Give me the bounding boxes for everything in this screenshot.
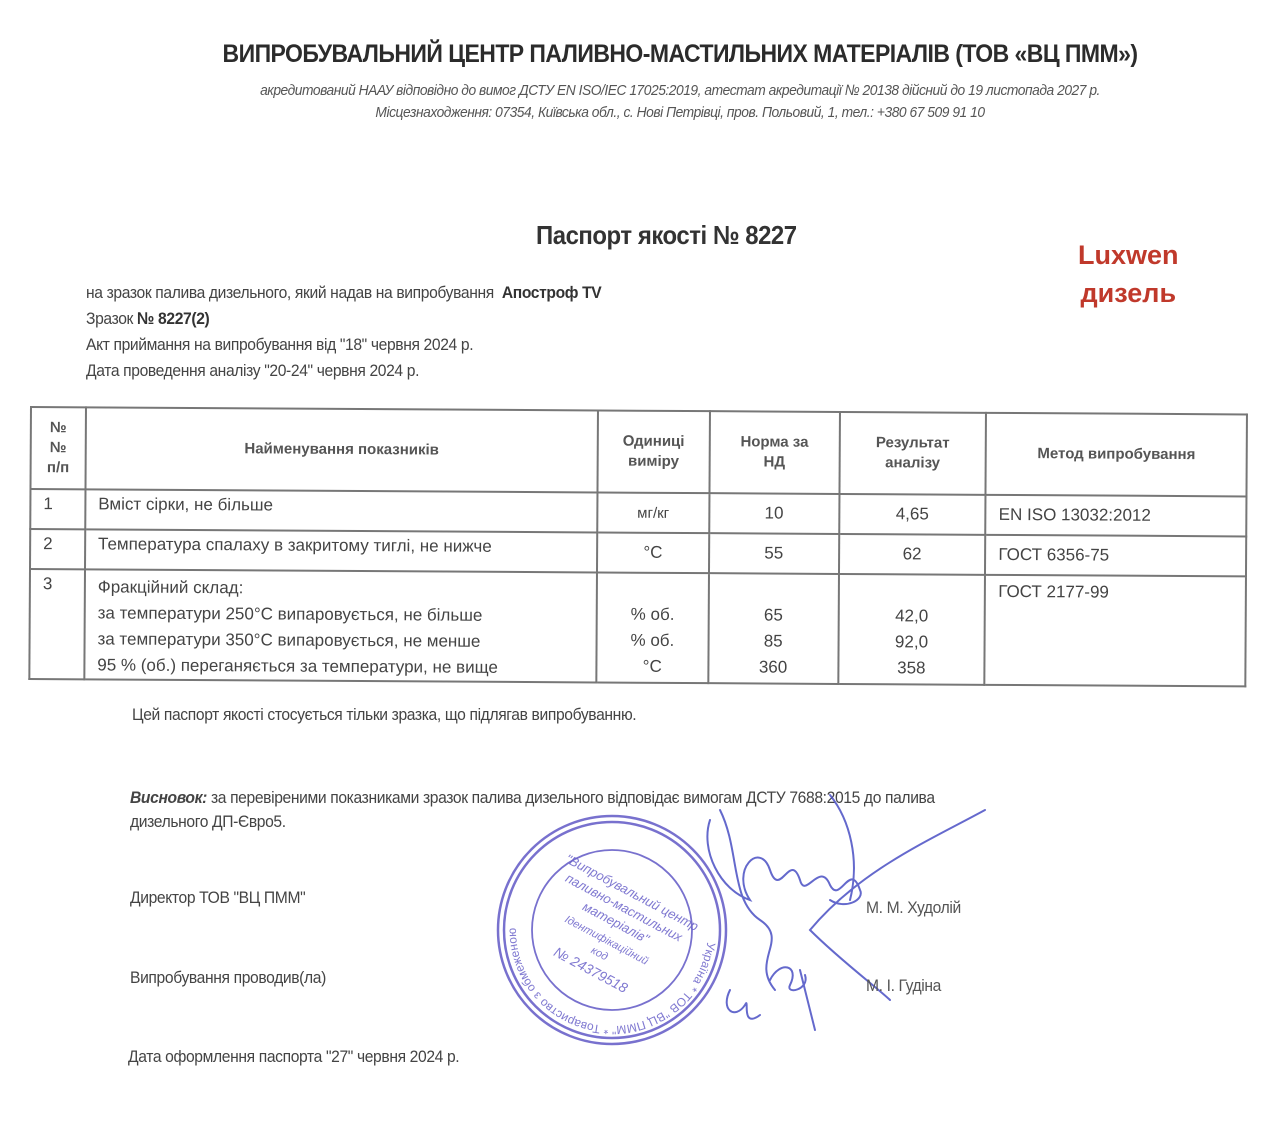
row-result: 42,0 92,0 358 (838, 574, 985, 685)
row-name-line: 95 % (об.) переганяється за температури,… (97, 652, 595, 681)
header-units: Одиниці виміру (597, 410, 709, 493)
row-method: EN ISO 13032:2012 (986, 495, 1247, 537)
norm-value: 85 (709, 628, 837, 655)
brand-line-2: дизель (1078, 274, 1179, 312)
units-value: % об. (597, 627, 707, 654)
tester-name: М. І. Гудіна (866, 976, 941, 996)
row-method: ГОСТ 2177-99 (985, 575, 1246, 687)
row-units: °С (597, 532, 709, 573)
row-name-line: Фракційний склад: (98, 574, 596, 603)
row-norm: 10 (709, 493, 839, 534)
row-name: Вміст сірки, не більше (85, 489, 597, 532)
brand-label: Luxwen дизель (1078, 236, 1179, 312)
accreditation-line: акредитований НААУ відповідно до вимог Д… (91, 82, 1269, 99)
header-no-line: № (32, 418, 85, 438)
table-row: 3 Фракційний склад: за температури 250°С… (29, 569, 1246, 686)
header-units-line: Одиниці (599, 431, 709, 452)
row-norm: 55 (709, 533, 839, 574)
issue-date: Дата оформлення паспорта "27" червня 202… (128, 1047, 459, 1067)
row-name: Фракційний склад: за температури 250°С в… (84, 569, 597, 682)
scope-note: Цей паспорт якості стосується тільки зра… (132, 705, 636, 725)
table-header-row: № № п/п Найменування показників Одиниці … (30, 407, 1246, 496)
row-no: 2 (30, 529, 85, 569)
organization-name: ВИПРОБУВАЛЬНИЙ ЦЕНТР ПАЛИВНО-МАСТИЛЬНИХ … (91, 40, 1269, 69)
conclusion-label: Висновок: (130, 788, 207, 807)
address-line: Місцезнаходження: 07354, Київська обл., … (91, 104, 1269, 121)
norm-value: 360 (709, 654, 837, 681)
header-norm-line: НД (710, 452, 838, 473)
client-name: Апостроф TV (502, 283, 602, 302)
header-method: Метод випробування (986, 413, 1247, 497)
analysis-date: Дата проведення аналізу "20-24" червня 2… (86, 358, 601, 384)
header-result-line: Результат (840, 433, 985, 454)
units-value: °С (597, 653, 707, 680)
header-result-line: аналізу (840, 453, 985, 474)
header-norm: Норма за НД (709, 411, 839, 494)
tester-label: Випробування проводив(ла) (130, 968, 326, 988)
sample-info: на зразок палива дизельного, який надав … (86, 280, 601, 384)
sample-label: Зразок (86, 309, 133, 328)
result-value: 358 (839, 655, 984, 682)
row-name: Температура спалаху в закритому тиглі, н… (85, 529, 597, 572)
sample-number-line: Зразок № 8227(2) (86, 306, 601, 332)
director-name: М. М. Худолій (866, 898, 961, 918)
row-no: 3 (29, 569, 85, 679)
norm-value: 65 (709, 602, 837, 629)
result-value: 42,0 (839, 603, 984, 630)
header-name: Найменування показників (85, 407, 597, 492)
acceptance-act: Акт приймання на випробування від "18" ч… (86, 332, 601, 358)
header-units-line: виміру (599, 451, 709, 472)
sample-client-line: на зразок палива дизельного, який надав … (86, 280, 601, 306)
row-units: % об. % об. °С (596, 572, 709, 683)
header-no-line: № (32, 438, 85, 458)
row-norm: 65 85 360 (708, 573, 838, 684)
row-no: 1 (30, 489, 85, 529)
units-value: % об. (598, 601, 708, 628)
brand-line-1: Luxwen (1078, 236, 1179, 274)
row-name-line: за температури 250°С випаровується, не б… (98, 600, 596, 629)
row-name-line: за температури 350°С випаровується, не м… (97, 626, 595, 655)
row-method: ГОСТ 6356-75 (985, 535, 1246, 577)
row-units: мг/кг (597, 492, 709, 533)
director-label: Директор ТОВ "ВЦ ПММ" (130, 888, 305, 908)
row-result: 4,65 (839, 494, 986, 535)
sample-number: № 8227(2) (137, 309, 209, 328)
document-title: Паспорт якості № 8227 (536, 220, 797, 251)
header-no: № № п/п (30, 407, 85, 489)
sample-description: на зразок палива дизельного, який надав … (86, 283, 494, 302)
header-result: Результат аналізу (839, 412, 986, 495)
results-table: № № п/п Найменування показників Одиниці … (28, 406, 1248, 687)
row-result: 62 (839, 534, 986, 575)
header-no-line: п/п (32, 458, 85, 478)
result-value: 92,0 (839, 629, 984, 656)
header-norm-line: Норма за (710, 432, 838, 453)
